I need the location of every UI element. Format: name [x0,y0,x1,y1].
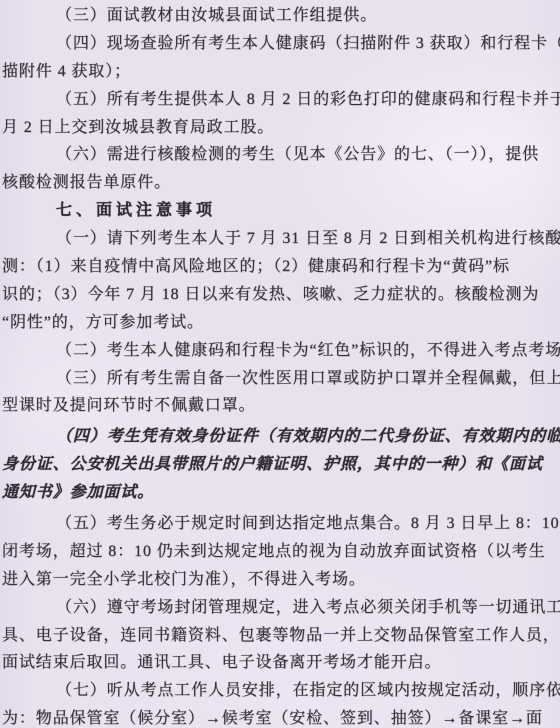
text-line: （七）听从考点工作人员安排，在指定的区域内按规定活动，顺序依次 [0,677,560,705]
text-line: （三）面试教材由汝城县面试工作组提供。 [0,2,560,30]
text-line: 进入第一完全小学北校门为准），不得进入考场。 [0,566,560,594]
text-line: （二）考生本人健康码和行程卡为“红色”标识的，不得进入考点考场。 [0,337,560,365]
text-line: 核酸检测报告单原件。 [0,169,560,197]
text-line: 闭考场，超过 8：10 仍未到达规定地点的视为自动放弃面试资格（以考生 [0,538,560,566]
text-line: 识的；（3）今年 7 月 18 日以来有发热、咳嗽、乏力症状的。核酸检测为 [0,281,560,309]
text-line: “阴性”的，方可参加考试。 [0,309,560,337]
text-line: （五）所有考生提供本人 8 月 2 日的彩色打印的健康码和行程卡并于 8 [0,86,560,114]
text-line: （六）需进行核酸检测的考生（见本《公告》的七、（一）），提供 [0,141,560,169]
document-page: （三）面试教材由汝城县面试工作组提供。 （四）现场查验所有考生本人健康码（扫描附… [0,0,560,728]
text-line: （一）请下列考生本人于 7 月 31 日至 8 月 2 日到相关机构进行核酸检 [0,225,560,253]
text-line: （六）遵守考场封闭管理规定，进入考点必须关闭手机等一切通讯工 [0,594,560,622]
text-line: （三）所有考生需自备一次性医用口罩或防护口罩并全程佩戴，但上微 [0,365,560,393]
text-line: 具、电子设备，连同书籍资料、包裹等物品一并上交物品保管室工作人员， [0,622,560,650]
emphasized-text-line: 身份证、公安机关出具带照片的户籍证明、护照，其中的一种）和《面试 [0,451,560,479]
text-line: （五）考生务必于规定时间到达指定地点集合。8 月 3 日早上 8：10 封 [0,510,560,538]
text-line: 描附件 4 获取）； [0,58,560,86]
text-line: 型课时及提问环节时不佩戴口罩。 [0,392,560,420]
text-line: 为：物品保管室（候分室）→候考室（安检、签到、抽签）→备课室→面 [0,705,560,728]
emphasized-text-line: 通知书》参加面试。 [0,479,560,507]
text-line: 月 2 日上交到汝城县教育局政工股。 [0,114,560,142]
section-heading: 七、面试注意事项 [0,197,560,225]
text-line: 测：（1）来自疫情中高风险地区的；（2）健康码和行程卡为“黄码”标 [0,253,560,281]
text-line: （四）现场查验所有考生本人健康码（扫描附件 3 获取）和行程卡（扫 [0,30,560,58]
text-line: 面试结束后取回。通讯工具、电子设备离开考场才能开启。 [0,649,560,677]
emphasized-text-line: （四）考生凭有效身份证件（有效期内的二代身份证、有效期内的临时 [0,423,560,451]
